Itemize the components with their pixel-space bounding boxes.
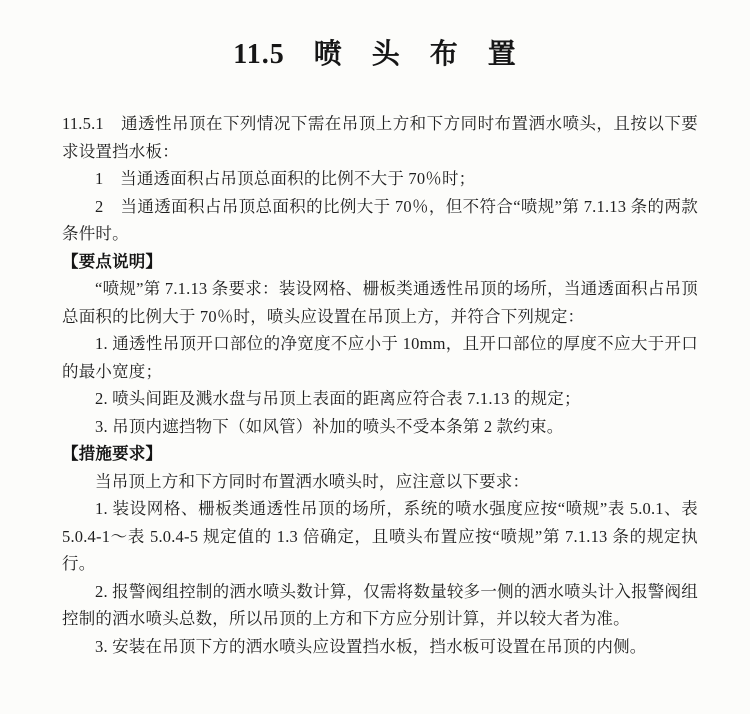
paragraph-13: 3. 安装在吊顶下方的洒水喷头应设置挡水板，挡水板可设置在吊顶的内侧。 (62, 633, 698, 661)
document-body: 11.5.1 通透性吊顶在下列情况下需在吊顶上方和下方同时布置洒水喷头，且按以下… (62, 110, 698, 660)
paragraph-7: 2. 喷头间距及溅水盘与吊顶上表面的距离应符合表 7.1.13 的规定； (62, 385, 698, 413)
paragraph-2: 1 当通透面积占吊顶总面积的比例不大于 70％时； (62, 165, 698, 193)
paragraph-6: 1. 通透性吊顶开口部位的净宽度不应小于 10mm，且开口部位的厚度不应大于开口… (62, 330, 698, 385)
paragraph-8: 3. 吊顶内遮挡物下（如风管）补加的喷头不受本条第 2 款约束。 (62, 413, 698, 441)
paragraph-3: 2 当通透面积占吊顶总面积的比例大于 70％，但不符合“喷规”第 7.1.13 … (62, 193, 698, 248)
paragraph-12: 2. 报警阀组控制的洒水喷头数计算，仅需将数量较多一侧的洒水喷头计入报警阀组控制… (62, 578, 698, 633)
paragraph-11: 1. 装设网格、栅板类通透性吊顶的场所，系统的喷水强度应按“喷规”表 5.0.1… (62, 495, 698, 578)
paragraph-9-section-header: 【措施要求】 (62, 440, 698, 468)
page-title: 11.5 喷 头 布 置 (0, 0, 750, 72)
paragraph-10: 当吊顶上方和下方同时布置洒水喷头时，应注意以下要求： (62, 468, 698, 496)
paragraph-1: 11.5.1 通透性吊顶在下列情况下需在吊顶上方和下方同时布置洒水喷头，且按以下… (62, 110, 698, 165)
document-page: 11.5 喷 头 布 置 11.5.1 通透性吊顶在下列情况下需在吊顶上方和下方… (0, 0, 750, 714)
paragraph-4-section-header: 【要点说明】 (62, 248, 698, 276)
paragraph-5: “喷规”第 7.1.13 条要求：装设网格、栅板类通透性吊顶的场所，当通透面积占… (62, 275, 698, 330)
